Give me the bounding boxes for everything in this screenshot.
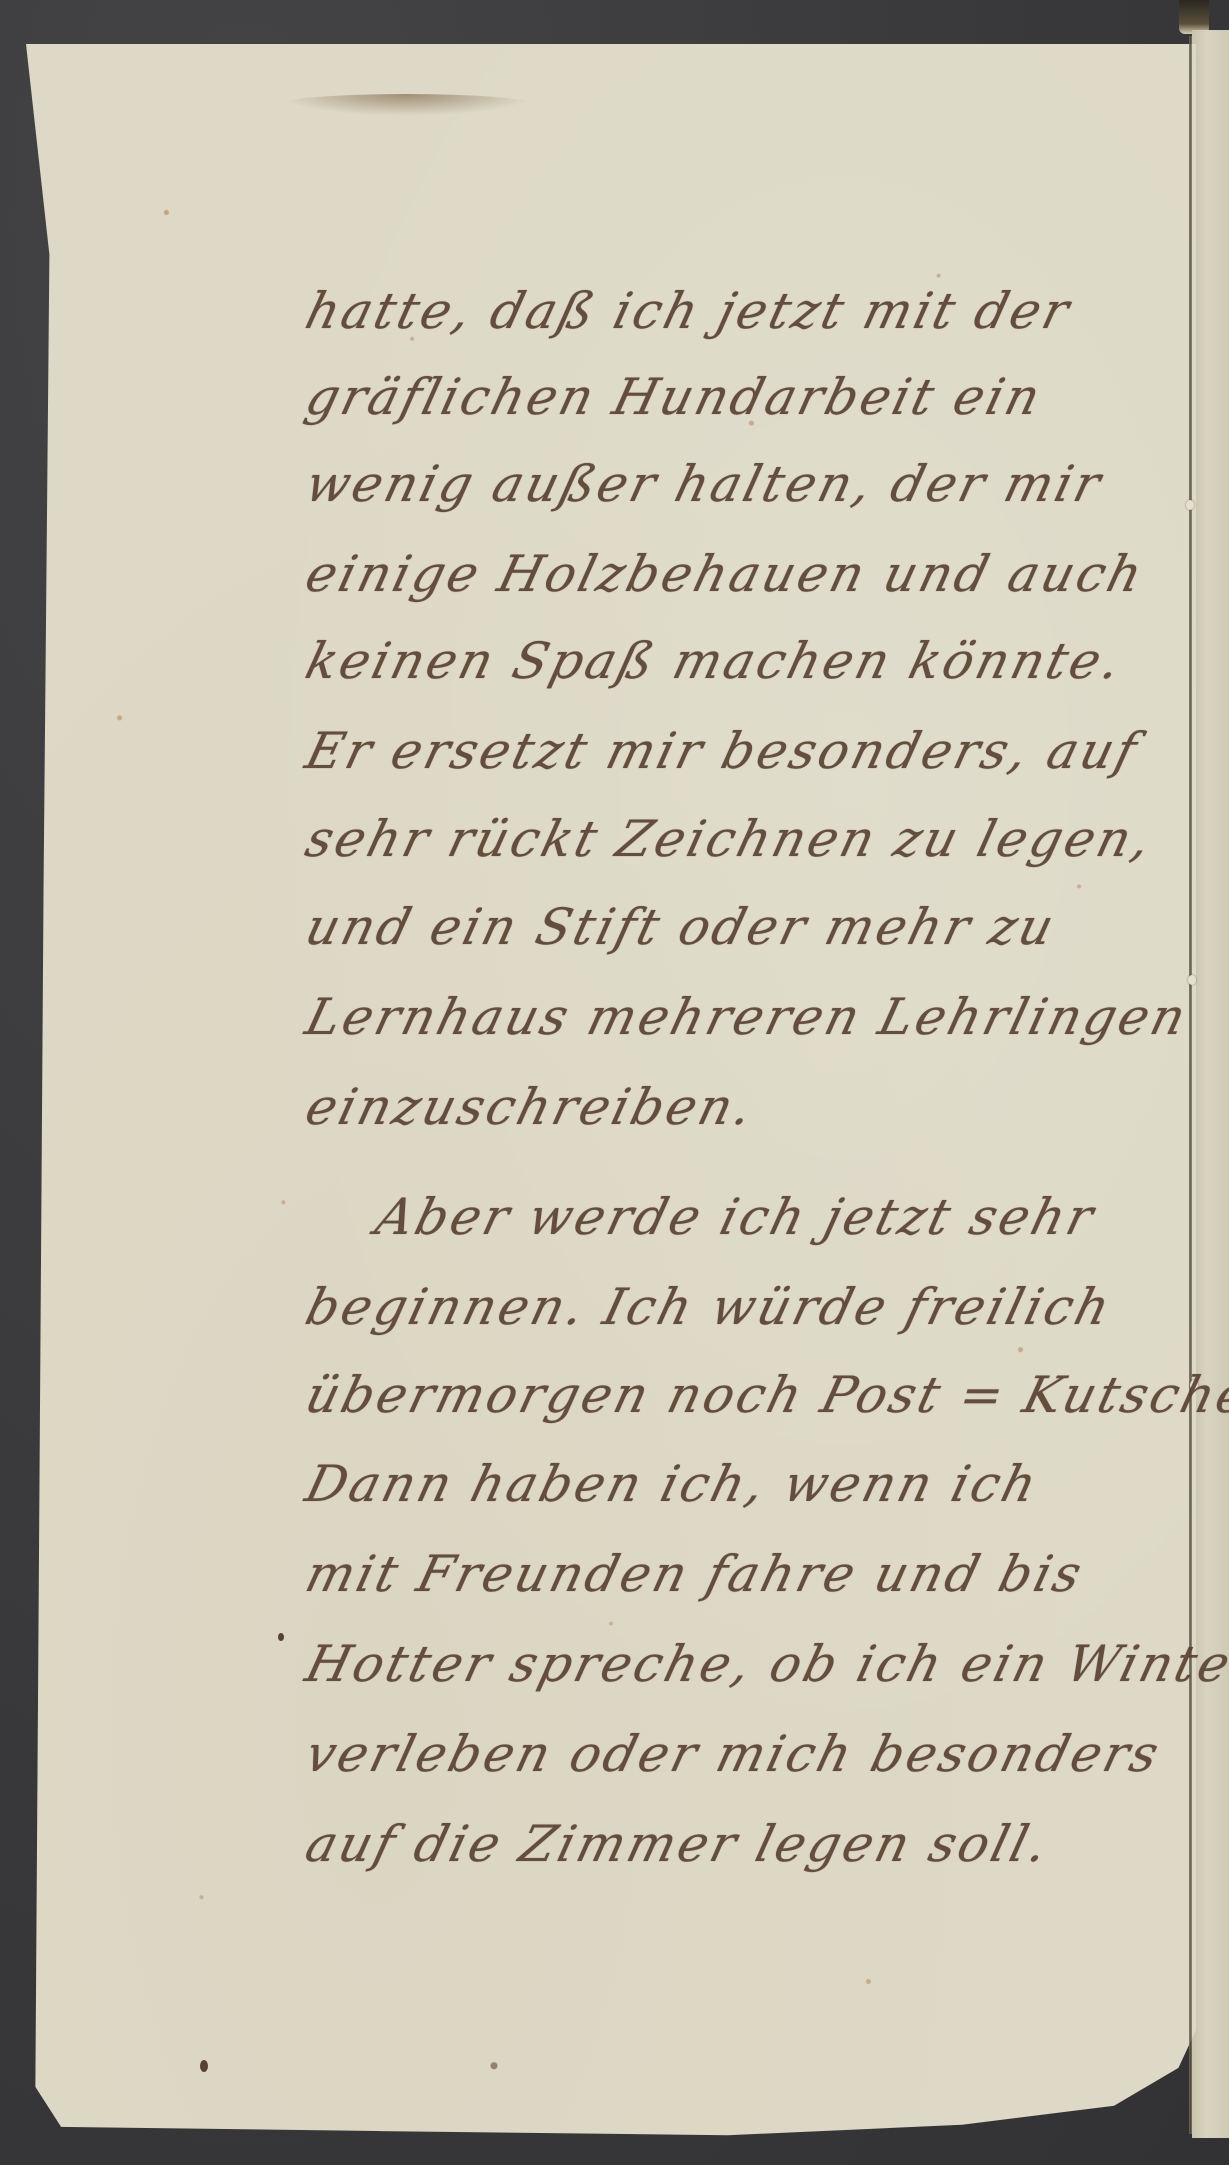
text-line: gräflichen Hundarbeit ein	[300, 368, 1049, 426]
text-line: wenig außer halten, der mir	[300, 455, 1109, 513]
text-line: keinen Spaß machen könnte.	[300, 632, 1129, 690]
text-line: Hotter spreche, ob ich ein Winter	[300, 1635, 1229, 1693]
adjacent-page-edge	[1192, 30, 1229, 2138]
text-line: beginnen. Ich würde freilich	[300, 1278, 1118, 1336]
stitch-knot	[1186, 500, 1194, 510]
stitch-knot	[1188, 975, 1196, 985]
text-line: einzuschreiben.	[300, 1078, 761, 1136]
ink-dot	[200, 2060, 208, 2072]
text-line: Dann haben ich, wenn ich	[300, 1455, 1045, 1513]
text-line: mit Freunden fahre und bis	[300, 1545, 1090, 1603]
text-line: hatte, daß ich jetzt mit der	[300, 282, 1078, 340]
text-line: Er ersetzt mir besonders, auf	[300, 722, 1145, 780]
text-line: auf die Zimmer legen soll.	[300, 1815, 1056, 1873]
handwritten-text: hatte, daß ich jetzt mit der gräflichen …	[300, 0, 1180, 2165]
binding-thread	[1179, 0, 1209, 34]
text-line: übermorgen noch Post = Kutsche.	[300, 1366, 1229, 1424]
text-line: sehr rückt Zeichnen zu legen,	[300, 810, 1159, 868]
spine-fold	[1189, 36, 1192, 2134]
text-line: verleben oder mich besonders	[300, 1725, 1167, 1783]
text-line: einige Holzbehauen und auch	[300, 545, 1151, 603]
text-line: und ein Stift oder mehr zu	[300, 898, 1062, 956]
ink-dot	[278, 1633, 284, 1641]
text-line: Aber werde ich jetzt sehr	[370, 1188, 1102, 1246]
text-line: Lernhaus mehreren Lehrlingen	[300, 988, 1194, 1046]
